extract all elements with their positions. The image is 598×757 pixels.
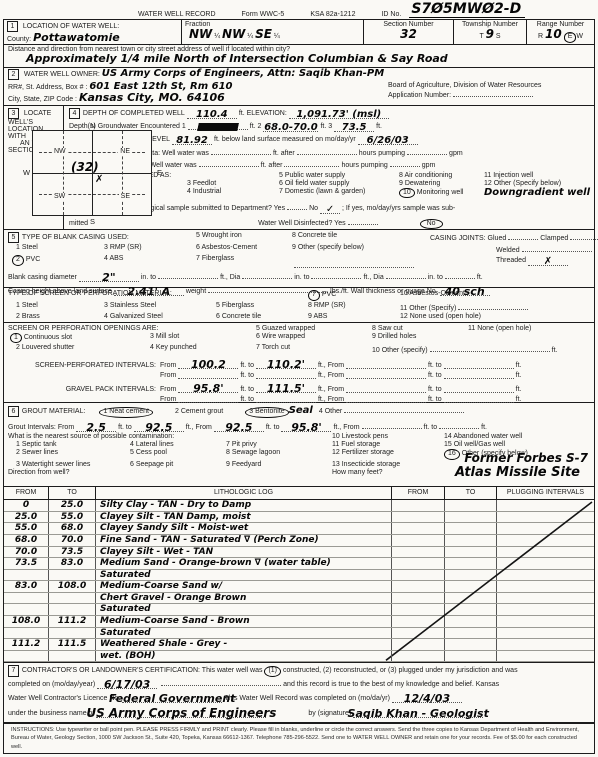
gi-blank-6 [444, 395, 514, 403]
grout-ft-from: ft., From [186, 424, 212, 431]
plugging-na-slash [384, 500, 594, 662]
litho-from-value [4, 651, 49, 662]
dia-blank-3 [311, 271, 361, 279]
openings-option-6: 6 Wire wrapped [256, 333, 372, 344]
screen-option-7-label: PVC [322, 291, 336, 298]
casing-option-4: 4 ABS [104, 255, 196, 268]
pump-blank-5 [284, 159, 339, 167]
section-owner-address: RR#, St. Address, Box # : 601 East 12th … [4, 81, 594, 106]
casing-option-9: 9 Other (specify below) [292, 244, 430, 254]
screen-option-8: 8 RMP (SR) [308, 302, 400, 312]
sample-yes-blank [287, 202, 307, 210]
depth-label: DEPTH OF COMPLETED WELL [83, 110, 185, 117]
compass-n: N [90, 121, 95, 130]
contamination-option-7: 7 Pit privy [226, 441, 332, 448]
ft-dia-label-2: ft., Dia [363, 274, 383, 281]
how-many-feet-label: How many feet? [332, 469, 444, 476]
use-other-handwritten: Downgradient well [484, 188, 590, 199]
screen-option-4: 4 Galvanized Steel [104, 313, 216, 320]
screen-option-12: 12 None used (open hole) [400, 313, 590, 320]
cert-date-1: 6/17/03 [104, 679, 150, 690]
fraction-q3: SE [255, 27, 272, 41]
grout-option-1-label: Neat cement [109, 408, 149, 415]
litho-to-value: 70.0 [49, 535, 96, 546]
litho-header-from: FROM [4, 487, 49, 499]
use-option-10-label: Monitoring well [417, 189, 464, 196]
contamination-option-4: 4 Lateral lines [130, 441, 226, 448]
litho-description: Fine Sand - TAN - Saturated ∇ (Perch Zon… [96, 535, 392, 546]
city-label: City, State, ZIP Code : [8, 96, 77, 103]
township-s: S [496, 33, 501, 40]
openings-option-10: 10 Other (specify) [372, 347, 428, 354]
contamination-option-15: 15 Oil well/Gas well [444, 441, 590, 448]
screen-option-1: 1 Steel [16, 302, 104, 312]
litho-to-value: 55.0 [49, 512, 96, 523]
threaded-mark: ✗ [544, 257, 552, 267]
ft-to-label-6: ft. to [428, 386, 442, 393]
litho-to-value [49, 628, 96, 639]
casing-diameter-label: Blank casing diameter [8, 274, 77, 281]
screen-option-7-circled: 7 [308, 290, 320, 301]
compass-w: W [23, 168, 30, 177]
cert-line-2a: completed on (mo/day/year) [8, 680, 95, 691]
contamination-option-9: 9 Feedyard [226, 461, 332, 468]
from-label-4: From [160, 396, 176, 403]
gravel-intervals-label: GRAVEL PACK INTERVALS: [8, 386, 160, 393]
section-distance: Distance and direction from nearest town… [4, 45, 594, 68]
gpm-label: gpm [449, 150, 463, 157]
si-blank-6 [444, 371, 514, 379]
pump-blank-6 [390, 159, 420, 167]
contamination-option-11: 11 Fuel storage [332, 441, 444, 448]
litho-to-value: 111.2 [49, 616, 96, 627]
openings-title: SCREEN OR PERFORATION OPENINGS ARE: [8, 325, 256, 332]
gi-blank-3 [178, 395, 238, 403]
litho-description: Clayey Silt - TAN Damp, moist [96, 512, 392, 523]
section-4-number: 4 [69, 108, 80, 119]
litho-to-value [49, 604, 96, 615]
screen-option-2: 2 Brass [16, 313, 104, 320]
from-label: From [160, 362, 176, 369]
grout-intervals-label: Grout Intervals: [8, 424, 56, 431]
city-value: Kansas City, MO. 64106 [79, 91, 225, 104]
litho-header-to: TO [49, 487, 96, 499]
screen-option-11: 11 Other (Specify) [400, 305, 456, 312]
section-certification: 7 CONTRACTOR'S OR LANDOWNER'S CERTIFICAT… [4, 663, 594, 722]
section-screen-openings: SCREEN OR PERFORATION OPENINGS ARE: 5 Gu… [4, 323, 594, 356]
section-box-diagram: NW NE SW SE (32) ✗ [32, 130, 152, 216]
pump-blank-3 [407, 147, 447, 155]
cert-blank-1 [161, 678, 281, 686]
screen-option-9: 9 ABS [308, 313, 400, 320]
form-number: Form WWC-5 [242, 11, 285, 18]
contamination-option-10: 10 Livestock pens [332, 433, 444, 440]
ksa-number: KSA 82a-1212 [310, 11, 355, 18]
board-of-agriculture-label: Board of Agriculture, Division of Water … [388, 82, 541, 89]
si-blank-2 [444, 361, 514, 369]
gi-blank-1 [346, 385, 426, 393]
litho-description: Chert Gravel - Orange Brown [96, 593, 392, 604]
grout-option-3-label: Bentonite [255, 408, 285, 415]
si-blank-3 [178, 371, 238, 379]
grout-ft-from-2: ft., From [333, 424, 359, 431]
si-blank-5 [346, 371, 426, 379]
fraction-q2: NW [222, 27, 245, 41]
gravel-interval-to: 111.5' [267, 383, 305, 394]
litho-description: Saturated [96, 604, 392, 615]
depth-value: 110.4 [196, 110, 228, 120]
litho-from-value: 68.0 [4, 535, 49, 546]
screen-other-blank [458, 302, 528, 310]
litho-to-value: 73.5 [49, 547, 96, 558]
quarter-glyph: ¼ [214, 33, 220, 40]
form-title: WATER WELL RECORD [138, 11, 216, 18]
cert-date-2: 12/4/03 [404, 693, 450, 704]
si-blank-4 [256, 371, 316, 379]
casing-option-6: 6 Asbestos-Cement [196, 244, 292, 254]
direction-from-well-label: Direction from well? [8, 469, 130, 476]
contamination-option-3: 3 Watertight sewer lines [16, 461, 130, 468]
casing-option-8: 8 Concrete tile [292, 232, 430, 243]
cert-line-4b: by (signature) [308, 709, 351, 720]
elevation-label: ft. ELEVATION: [239, 110, 287, 117]
screen-option-6: 6 Concrete tile [216, 313, 308, 320]
grout-ft-to-2: ft. to [266, 424, 280, 431]
hours-pumping-label: hours pumping [359, 150, 405, 157]
section-3-number: 3 [8, 108, 19, 119]
grout-from-1: From [58, 424, 74, 431]
litho-description: wet. (BOH) [96, 651, 392, 662]
openings-option-1-label: Continuous slot [24, 334, 72, 341]
ft-after-label: ft. after [273, 150, 295, 157]
section-screen-material: TYPE OF SCREEN OR PERFORATION MATERIAL: … [4, 288, 594, 323]
groundwater-1-num: 1 [182, 123, 186, 130]
groundwater-3-num: ft. 3 [320, 123, 332, 130]
section-box-dash-v1 [63, 131, 64, 215]
disinfected-no-circled: No [420, 219, 443, 229]
ft-to-label-4: ft. to [428, 372, 442, 379]
openings-option-1-circled: 1 [10, 333, 22, 344]
application-number-label: Application Number: [388, 92, 451, 99]
openings-other-blank [430, 344, 550, 352]
elevation-value: 1,091.73' (msl) [296, 110, 381, 120]
range-r: R [538, 33, 543, 40]
contamination-option-1: 1 Septic tank [16, 441, 130, 448]
litho-to-value [49, 570, 96, 581]
use-option-7: 7 Domestic (lawn & garden) [279, 188, 399, 199]
contamination-option-8: 8 Sewage lagoon [226, 449, 332, 460]
litho-body: 0 25.0 Silty Clay - TAN - Dry to Damp 25… [4, 500, 594, 662]
grout-seal-handwritten: Seal [289, 406, 313, 416]
litho-to-value [49, 651, 96, 662]
static-level-rest: ft. below land surface measured on mo/da… [214, 136, 356, 143]
form-body: 1 LOCATION OF WATER WELL: County: Pottaw… [3, 19, 595, 754]
quadrant-se: SE [119, 193, 132, 200]
gi-blank-4 [256, 395, 316, 403]
section-intervals: SCREEN-PERFORATED INTERVALS: From 100.2 … [4, 355, 594, 403]
casing-joints-label: CASING JOINTS: Glued [430, 235, 506, 242]
casing-option-2-label: PVC [26, 256, 40, 263]
section-number-value: 32 [400, 27, 417, 41]
well-x-mark: ✗ [95, 175, 103, 185]
screen-option-3: 3 Stainless Steel [104, 302, 216, 312]
use-option-11: 11 Injection well [484, 172, 590, 179]
litho-to-value: 25.0 [49, 500, 96, 511]
contamination-option-5: 5 Cess pool [130, 449, 226, 460]
litho-description: Clayey Silt - Wet - TAN [96, 547, 392, 558]
range-east-circled: E [564, 32, 577, 43]
section-1-number: 1 [7, 21, 18, 32]
clamped-label: Clamped [540, 235, 568, 242]
ft-from-label-4: ft., From [318, 396, 344, 403]
instructions-block: INSTRUCTIONS: Use typewriter or ball poi… [4, 723, 594, 753]
ft-to-label-2: ft. to [428, 362, 442, 369]
ft-to-label-5: ft. to [240, 386, 254, 393]
cert-line-1a: CONTRACTOR'S OR LANDOWNER'S CERTIFICATIO… [22, 666, 263, 677]
application-number-blank [453, 89, 533, 97]
openings-option-5: 5 Guazed wrapped [256, 325, 372, 332]
screen-intervals-label: SCREEN-PERFORATED INTERVALS: [8, 362, 160, 369]
use-option-6: 6 Oil field water supply [279, 180, 399, 187]
groundwater-1-redacted: ██████ [197, 123, 239, 131]
litho-description: Medium-Coarse Sand w/ [96, 581, 392, 592]
owner-value: US Army Corps of Engineers, Attn: Saqib … [102, 68, 384, 79]
sample-continuation: mitted [69, 220, 88, 227]
dia-blank-1 [158, 271, 218, 279]
cert-line-2b: and this record is true to the best of m… [283, 680, 499, 691]
range-w: W [576, 33, 583, 40]
instructions-text: INSTRUCTIONS: Use typewriter or ball poi… [11, 727, 579, 750]
use-option-9: 9 Dewatering [399, 180, 484, 187]
in-to-label-2: in. to [294, 274, 309, 281]
ft-to-label: ft. to [240, 362, 254, 369]
section-7-number: 7 [8, 665, 19, 676]
screen-interval-to: 110.2' [267, 359, 305, 370]
use-option-5: 5 Public water supply [279, 172, 399, 179]
county-label: County: [7, 36, 31, 43]
dia-blank-4 [386, 271, 426, 279]
clamped-blank [570, 232, 598, 240]
hours-pumping-label-2: hours pumping [341, 162, 387, 169]
disinfected-question: Water Well Disinfected? Yes [258, 220, 346, 227]
welded-blank [522, 244, 592, 252]
dia-blank-2 [242, 271, 292, 279]
litho-from-value [4, 593, 49, 604]
contamination-option-12: 12 Fertilizer storage [332, 449, 444, 460]
section-6-number: 6 [8, 406, 19, 417]
cert-constructed-circled: (1) [264, 666, 281, 677]
disinfected-yes-blank [348, 217, 378, 225]
quadrant-ne: NE [118, 148, 132, 155]
grout-option-3-num: 3 [249, 408, 253, 415]
ft-end-1: ft. [516, 362, 522, 369]
cert-line-1b: constructed, (2) reconstructed, or (3) p… [283, 666, 518, 677]
screen-option-10: 10 Asbestos-Cement [400, 290, 590, 301]
pump-blank-1 [211, 147, 271, 155]
grout-option-1-num: 1 [103, 408, 107, 415]
section-locate-box: 3 LOCATE WELL'S LOCATION WITH AN "X" IN … [4, 106, 64, 229]
plug-header-intervals: PLUGGING INTERVALS [497, 487, 594, 499]
compass-e: E [157, 168, 162, 177]
pump-blank-2 [297, 147, 357, 155]
litho-to-value [49, 593, 96, 604]
openings-option-9: 9 Drilled holes [372, 333, 468, 344]
welded-label: Welded [496, 247, 520, 254]
litho-from-value [4, 604, 49, 615]
openings-ft: ft. [552, 347, 558, 354]
casing-option-7: 7 Fiberglass [196, 255, 292, 268]
openings-option-2: 2 Louvered shutter [16, 344, 150, 354]
section-blank-casing: 5TYPE OF BLANK CASING USED: 5 Wrought ir… [4, 230, 594, 288]
ft-dia-label: ft., Dia [220, 274, 240, 281]
section-locate-and-depth: 3 LOCATE WELL'S LOCATION WITH AN "X" IN … [4, 106, 594, 230]
range-value: 10 [545, 27, 562, 41]
ft-after-label-2: ft. after [261, 162, 283, 169]
distance-value: Approximately 1/4 mile North of Intersec… [26, 52, 448, 65]
grout-option-4: 4 Other [319, 408, 342, 415]
grout-ft-to-3: ft. to [424, 424, 438, 431]
casing-option-3: 3 RMP (SR) [104, 244, 196, 254]
threaded-label: Threaded [496, 257, 526, 264]
screen-interval-from: 100.2 [191, 359, 226, 370]
litho-to-value: 83.0 [49, 558, 96, 569]
section-5-number: 5 [8, 232, 19, 243]
litho-description: Clayey Sandy Silt - Moist-wet [96, 523, 392, 534]
well-water-was-label: Well water was [162, 150, 209, 157]
use-option-12: 12 Other (Specify below) [484, 180, 590, 187]
well-id-handwritten: S7Ø5MWØ2-D [409, 2, 525, 18]
address-label: RR#, St. Address, Box # : [8, 84, 87, 91]
ft-from-label-2: ft., From [318, 372, 344, 379]
ft-to-label-3: ft. to [240, 372, 254, 379]
contamination-option-6: 6 Seepage pit [130, 461, 226, 468]
casing-option-2-circled: 2 [12, 255, 24, 266]
litho-header-log: LITHOLOGIC LOG [96, 487, 392, 499]
section-grout: 6 GROUT MATERIAL: 1 Neat cement 2 Cement… [4, 403, 594, 487]
use-option-8: 8 Air conditioning [399, 172, 484, 179]
ft-from-label-3: ft., From [318, 386, 344, 393]
grout-blank-3 [362, 421, 422, 429]
contamination-site-handwritten-2: Atlas Missile Site [455, 466, 580, 479]
cert-line-3a: Water Well Contractor's Licence No. [8, 694, 120, 705]
litho-to-value: 68.0 [49, 523, 96, 534]
openings-option-8: 8 Saw cut [372, 325, 468, 332]
section-owner-line: 2 WATER WELL OWNER: US Army Corps of Eng… [4, 68, 594, 81]
litho-from-value [4, 570, 49, 581]
from-label-2: From [160, 372, 176, 379]
litho-from-value: 83.0 [4, 581, 49, 592]
litho-description: Saturated [96, 628, 392, 639]
ft-end-4: ft. [516, 396, 522, 403]
dia-blank-5 [445, 271, 475, 279]
grout-option-2: 2 Cement grout [175, 408, 223, 415]
section-box-dash-v2 [122, 131, 123, 215]
use-option-3: 3 Feedlot [187, 180, 279, 187]
cert-line-4a: under the business name of [8, 709, 94, 720]
groundwater-2-num: ft. 2 [250, 123, 262, 130]
litho-from-value: 25.0 [4, 512, 49, 523]
litho-from-value: 111.2 [4, 639, 49, 650]
litho-to-value: 111.5 [49, 639, 96, 650]
grout-option-3-circled: 3 Bentonite [245, 407, 288, 418]
casing-option-5: 5 Wrought iron [196, 232, 292, 243]
quadrant-sw: SW [52, 193, 67, 200]
from-label-3: From [160, 386, 176, 393]
form-header: WATER WELL RECORD Form WWC-5 KSA 82a-121… [0, 2, 598, 18]
litho-header: FROM TO LITHOLOGIC LOG FROM TO PLUGGING … [4, 487, 594, 500]
well-section-handwritten: (32) [71, 161, 99, 173]
casing-option-1: 1 Steel [16, 244, 104, 254]
openings-option-11: 11 None (open hole) [468, 325, 590, 332]
cert-business-name: US Army Corps of Engineers [86, 707, 276, 719]
use-option-10-circled: 10 [399, 188, 415, 199]
ft-end-3: ft. [516, 386, 522, 393]
county-value: Pottawatomie [33, 31, 120, 44]
openings-option-4: 4 Key punched [150, 344, 256, 354]
sample-rest: ; If yes, mo/day/yrs sample was sub- [342, 205, 455, 212]
gravel-interval-from: 95.8' [193, 383, 224, 394]
screen-title: TYPE OF SCREEN OR PERFORATION MATERIAL: [8, 290, 308, 301]
grout-other-blank [344, 405, 464, 413]
in-to-label: in. to [141, 274, 156, 281]
lithologic-log-table: FROM TO LITHOLOGIC LOG FROM TO PLUGGING … [4, 487, 594, 663]
si-blank-1 [346, 361, 426, 369]
cert-line-3b: This Water Well Record was completed on … [224, 694, 390, 705]
location-title: LOCATION OF WATER WELL: [23, 23, 119, 30]
id-label: ID No. [381, 11, 401, 18]
ft-to-label-8: ft. to [428, 396, 442, 403]
static-level-value: 81.92 [176, 136, 208, 146]
township-value: 9 [486, 27, 494, 41]
quarter-glyph: ¼ [247, 33, 253, 40]
plug-header-from: FROM [392, 487, 445, 499]
litho-to-value: 108.0 [49, 581, 96, 592]
glued-blank [508, 232, 538, 240]
openings-option-3: 3 Mill slot [150, 333, 256, 344]
sample-no-label: No [309, 205, 318, 212]
grout-blank-4 [439, 421, 479, 429]
gpm-label-2: gpm [422, 162, 436, 169]
grout-option-1-circled: 1 Neat cement [99, 407, 153, 418]
contamination-question: What is the nearest source of possible c… [8, 433, 332, 440]
quadrant-nw: NW [52, 148, 68, 155]
contamination-option-2: 2 Sewer lines [16, 449, 130, 460]
ft-to-label-7: ft. to [240, 396, 254, 403]
contamination-option-14: 14 Abandoned water well [444, 433, 590, 440]
ft-label-dia: ft. [477, 274, 483, 281]
fraction-q1: NW [189, 27, 212, 41]
use-option-4: 4 Industrial [187, 188, 279, 199]
litho-from-value: 0 [4, 500, 49, 511]
gi-blank-5 [346, 395, 426, 403]
water-well-record-form: WATER WELL RECORD Form WWC-5 KSA 82a-121… [0, 0, 598, 757]
openings-option-7: 7 Torch cut [256, 344, 372, 354]
casing-other-blank [294, 260, 414, 268]
litho-from-value: 55.0 [4, 523, 49, 534]
cert-signature: Saqib Khan - Geologist [348, 708, 489, 719]
section-2-number: 2 [8, 69, 19, 80]
screen-option-5: 5 Fiberglass [216, 302, 308, 312]
litho-from-value: 108.0 [4, 616, 49, 627]
contamination-option-13: 13 Insecticide storage [332, 461, 444, 468]
quarter-glyph: ¼ [274, 33, 280, 40]
in-to-label-3: in. to [428, 274, 443, 281]
grout-ft-end: ft. [481, 424, 487, 431]
casing-diameter-value: 2" [102, 272, 115, 283]
plug-header-to: TO [445, 487, 497, 499]
cert-licence-value: Federal Government [109, 693, 235, 704]
gi-blank-2 [444, 385, 514, 393]
